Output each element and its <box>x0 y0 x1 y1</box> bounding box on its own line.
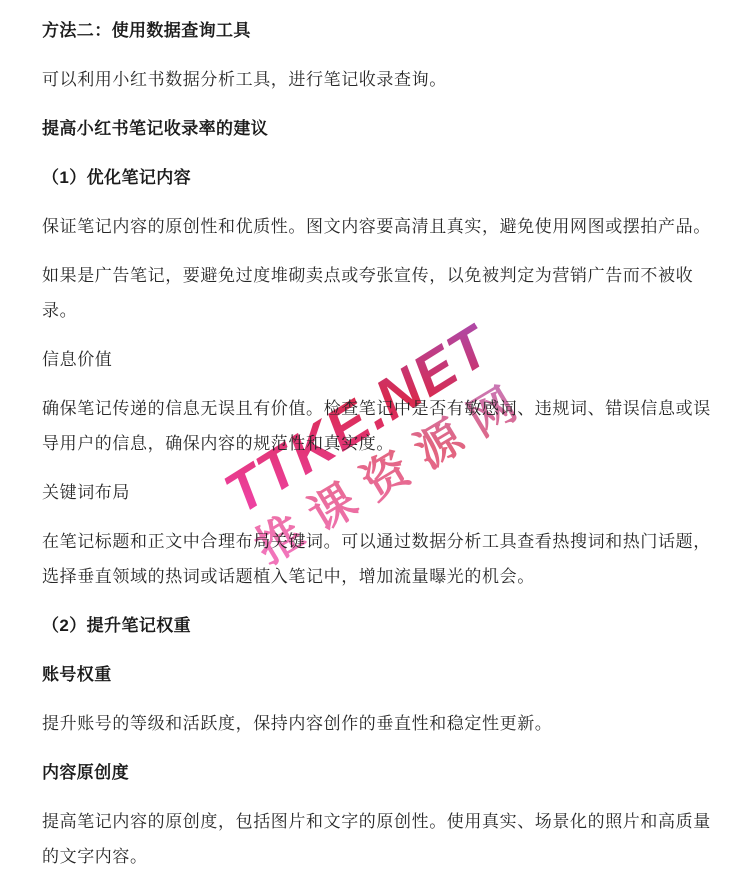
paragraph: 在笔记标题和正文中合理布局关键词。可以通过数据分析工具查看热搜词和热门话题， 选… <box>42 524 712 594</box>
paragraph: 确保笔记传递的信息无误且有价值。检查笔记中是否有敏感词、违规词、错误信息或误 导… <box>42 391 712 461</box>
paragraph-line: 提升账号的等级和活跃度，保持内容创作的垂直性和稳定性更新。 <box>42 706 712 741</box>
paragraph-line: 的文字内容。 <box>42 839 712 872</box>
heading-text: 提高小红书笔记收录率的建议 <box>42 111 712 146</box>
paragraph-line: 录。 <box>42 293 712 328</box>
paragraph: 提高笔记内容的原创度，包括图片和文字的原创性。使用真实、场景化的照片和高质量 的… <box>42 804 712 872</box>
heading-text: 账号权重 <box>42 657 712 692</box>
subsection-heading-1: （1）优化笔记内容 <box>42 160 712 195</box>
paragraph-line: 确保笔记传递的信息无误且有价值。检查笔记中是否有敏感词、违规词、错误信息或误 <box>42 391 712 426</box>
heading-content-originality: 内容原创度 <box>42 755 712 790</box>
paragraph: 保证笔记内容的原创性和优质性。图文内容要高清且真实，避免使用网图或摆拍产品。 <box>42 209 712 244</box>
paragraph-line: 在笔记标题和正文中合理布局关键词。可以通过数据分析工具查看热搜词和热门话题， <box>42 524 712 559</box>
paragraph-line: 关键词布局 <box>42 475 712 510</box>
heading-text: （1）优化笔记内容 <box>42 160 712 195</box>
subsection-heading-2: （2）提升笔记权重 <box>42 608 712 643</box>
section-heading-suggestions: 提高小红书笔记收录率的建议 <box>42 111 712 146</box>
paragraph-line: 选择垂直领域的热词或话题植入笔记中，增加流量曝光的机会。 <box>42 559 712 594</box>
paragraph: 可以利用小红书数据分析工具，进行笔记收录查询。 <box>42 62 712 97</box>
paragraph: 如果是广告笔记，要避免过度堆砌卖点或夸张宣传，以免被判定为营销广告而不被收 录。 <box>42 258 712 328</box>
paragraph-line: 导用户的信息，确保内容的规范性和真实度。 <box>42 426 712 461</box>
paragraph-line: 信息价值 <box>42 342 712 377</box>
label-information-value: 信息价值 <box>42 342 712 377</box>
section-heading-method-2: 方法二：使用数据查询工具 <box>42 13 712 48</box>
heading-account-weight: 账号权重 <box>42 657 712 692</box>
heading-text: （2）提升笔记权重 <box>42 608 712 643</box>
label-keyword-layout: 关键词布局 <box>42 475 712 510</box>
heading-text: 方法二：使用数据查询工具 <box>42 13 712 48</box>
paragraph: 提升账号的等级和活跃度，保持内容创作的垂直性和稳定性更新。 <box>42 706 712 741</box>
heading-text: 内容原创度 <box>42 755 712 790</box>
paragraph-line: 提高笔记内容的原创度，包括图片和文字的原创性。使用真实、场景化的照片和高质量 <box>42 804 712 839</box>
paragraph-line: 可以利用小红书数据分析工具，进行笔记收录查询。 <box>42 62 712 97</box>
paragraph-line: 如果是广告笔记，要避免过度堆砌卖点或夸张宣传，以免被判定为营销广告而不被收 <box>42 258 712 293</box>
paragraph-line: 保证笔记内容的原创性和优质性。图文内容要高清且真实，避免使用网图或摆拍产品。 <box>42 209 712 244</box>
document-page: TTKE.NET 推课资源网 方法二：使用数据查询工具 可以利用小红书数据分析工… <box>0 0 750 872</box>
document-content: 方法二：使用数据查询工具 可以利用小红书数据分析工具，进行笔记收录查询。 提高小… <box>0 0 750 872</box>
